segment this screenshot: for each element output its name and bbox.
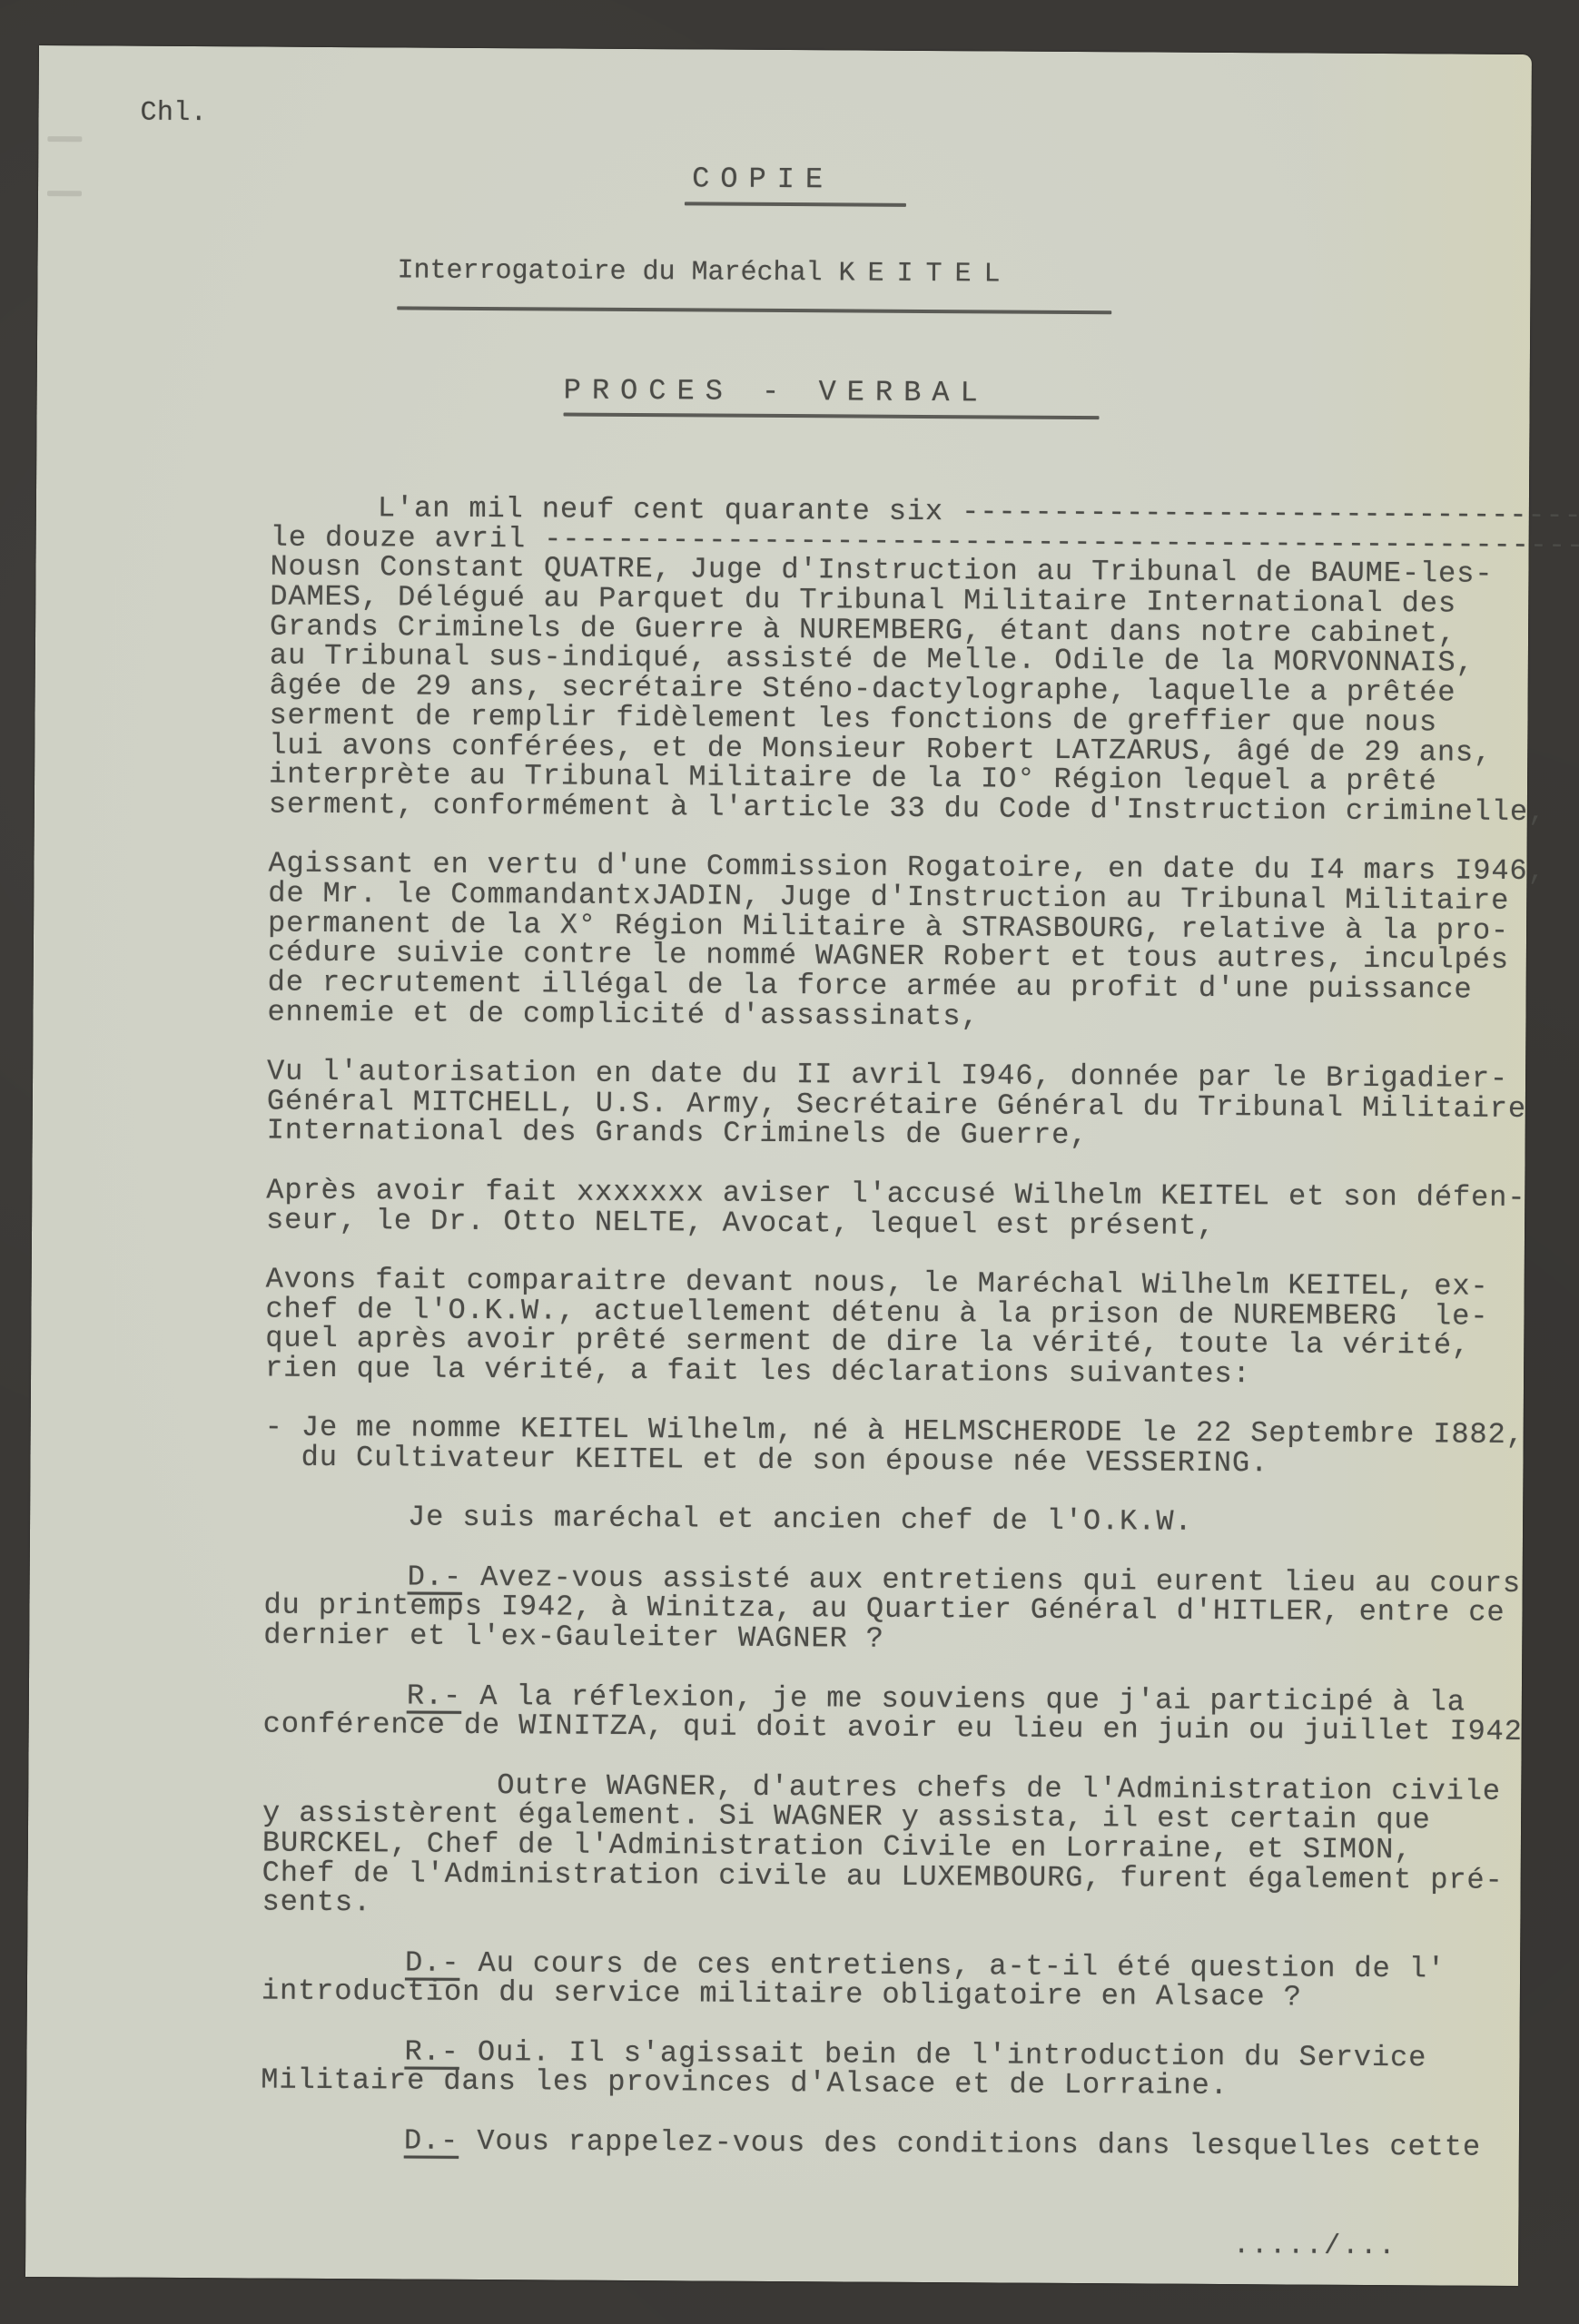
- document-subtitle: Interrogatoire du Maréchal KEITEL: [397, 256, 1012, 290]
- line-text: rien que la vérité, a fait les déclarati…: [265, 1351, 1251, 1391]
- line-text: du Cultivateur KEITEL et de son épouse n…: [264, 1441, 1268, 1481]
- margin-mark: [47, 191, 82, 196]
- header-underline: [685, 202, 906, 206]
- document-page: Chl. COPIE Interrogatoire du Maréchal KE…: [25, 45, 1532, 2286]
- document-reference: Chl.: [140, 99, 207, 129]
- subtitle-rule: [397, 306, 1111, 314]
- document-body: L'an mil neuf cent quarante six --------…: [261, 494, 1579, 2165]
- qa-line: D.- Vous rappelez-vous des conditions da…: [261, 2125, 1579, 2164]
- section-title: PROCES - VERBAL: [564, 376, 989, 409]
- margin-mark: [47, 136, 82, 142]
- section-underline: [564, 413, 1100, 420]
- line-text: Militaire dans les provinces d'Alsace et…: [261, 2063, 1229, 2103]
- line-text: sents.: [262, 1886, 371, 1920]
- line-text: ennemie et de complicité d'assassinats,: [267, 995, 979, 1033]
- question-label: D.-: [404, 2123, 459, 2157]
- line-text: Vous rappelez-vous des conditions dans l…: [459, 2124, 1481, 2164]
- subtitle-name: KEITEL: [838, 258, 1012, 290]
- subtitle-prefix: Interrogatoire du Maréchal: [397, 255, 838, 289]
- header-title: COPIE: [692, 163, 834, 194]
- line-text: seur, le Dr. Otto NELTE, Avocat, lequel …: [266, 1203, 1216, 1242]
- line-text: introduction du service militaire obliga…: [262, 1974, 1302, 2014]
- line-text: International des Grands Criminels de Gu…: [267, 1114, 1089, 1153]
- continuation-mark: ...../...: [1233, 2231, 1396, 2262]
- line-text: dernier et l'ex-Gauleiter WAGNER ?: [263, 1619, 884, 1656]
- line-text: Je suis maréchal et ancien chef de l'O.K…: [408, 1501, 1193, 1539]
